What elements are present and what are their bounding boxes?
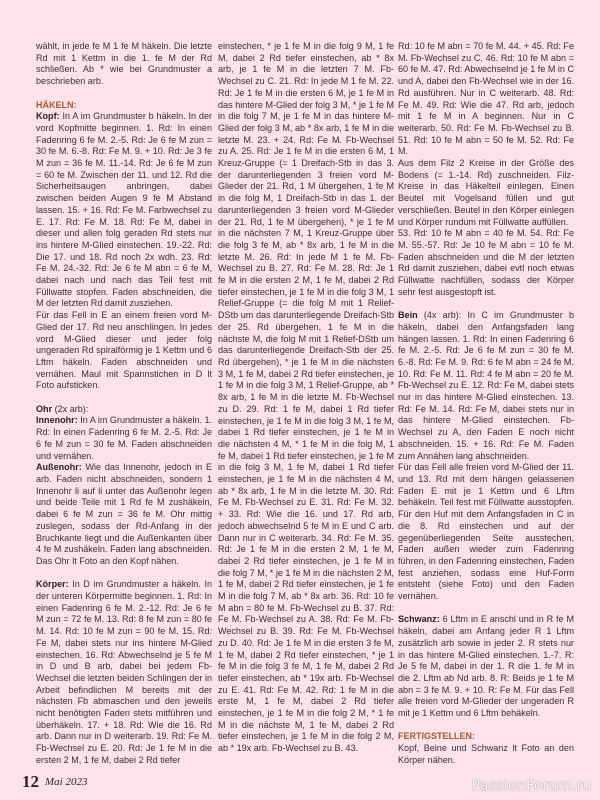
page-number: 12	[22, 772, 39, 792]
kopf-label: Kopf:	[36, 111, 60, 121]
column-1: wählt, in jede fe M 1 fe M häkeln. Die l…	[36, 41, 212, 767]
schwanz-label: Schwanz:	[398, 614, 440, 624]
bein-paragraph: Bein (4x arb): In C im Grundmuster b häk…	[398, 310, 574, 462]
bein-fell-paragraph: Für das Fell alle freien vord M-Glied de…	[398, 462, 574, 602]
filz-paragraph: Aus dem Filz 2 Kreise in der Größe des B…	[398, 158, 574, 228]
column-2: einstechen, * je 1 fe M in die folg 9 M,…	[218, 41, 394, 755]
aussenohr-text: Wie das Innenohr, jedoch in E arb. Faden…	[36, 462, 212, 566]
bein-text: (4x arb): In C im Grundmuster b häkeln, …	[398, 310, 574, 460]
kopf-paragraph: Kopf: In A im Grundmuster b häkeln. In d…	[36, 111, 212, 310]
ohr-label: Ohr	[36, 404, 52, 414]
column-3: Rd: 10 fe M abn = 70 fe M. 44. + 45. Rd:…	[398, 41, 574, 767]
koerper-text: In D im Grundmuster a häkeln. In der unt…	[36, 579, 212, 765]
koerper-label: Körper:	[36, 579, 69, 589]
aussenohr-label: Außenohr:	[36, 462, 82, 472]
koerper-end-paragraph: Rd: 10 fe M abn = 70 fe M. 44. + 45. Rd:…	[398, 41, 574, 158]
innenohr-paragraph: Innenohr: In A im Grundmuster a häkeln. …	[36, 415, 212, 462]
koerper-paragraph: Körper: In D im Grundmuster a häkeln. In…	[36, 579, 212, 766]
schwanz-text: 6 Lftm in E anschl und in R fe M häkeln,…	[398, 614, 574, 718]
ohr-heading: Ohr (2x arb):	[36, 404, 212, 416]
issue-date: Mai 2023	[45, 776, 87, 788]
koerper-continued-paragraph: einstechen, * je 1 fe M in die folg 9 M,…	[218, 41, 394, 755]
kopf-text: In A im Grundmuster b häkeln. In der vor…	[36, 111, 212, 308]
schwanz-paragraph: Schwanz: 6 Lftm in E anschl und in R fe …	[398, 614, 574, 719]
ohr-note: (2x arb):	[52, 404, 88, 414]
innenohr-label: Innenohr:	[36, 415, 78, 425]
koerper-finish-paragraph: 53. Rd: 10 fe M abn = 40 fe M. 54. Rd: F…	[398, 228, 574, 298]
watermark: PassionForum.ru	[472, 778, 592, 794]
section-heading-haekeln: HÄKELN:	[36, 100, 212, 112]
intro-paragraph: wählt, in jede fe M 1 fe M häkeln. Die l…	[36, 41, 212, 88]
fertig-paragraph: Kopf, Beine und Schwanz lt Foto an den K…	[398, 743, 574, 766]
fell-paragraph: Für das Fell in E an einem freien vord M…	[36, 310, 212, 392]
aussenohr-paragraph: Außenohr: Wie das Innenohr, jedoch in E …	[36, 462, 212, 567]
bein-label: Bein	[398, 310, 418, 320]
section-heading-fertigstellen: FERTIGSTELLEN:	[398, 731, 574, 743]
